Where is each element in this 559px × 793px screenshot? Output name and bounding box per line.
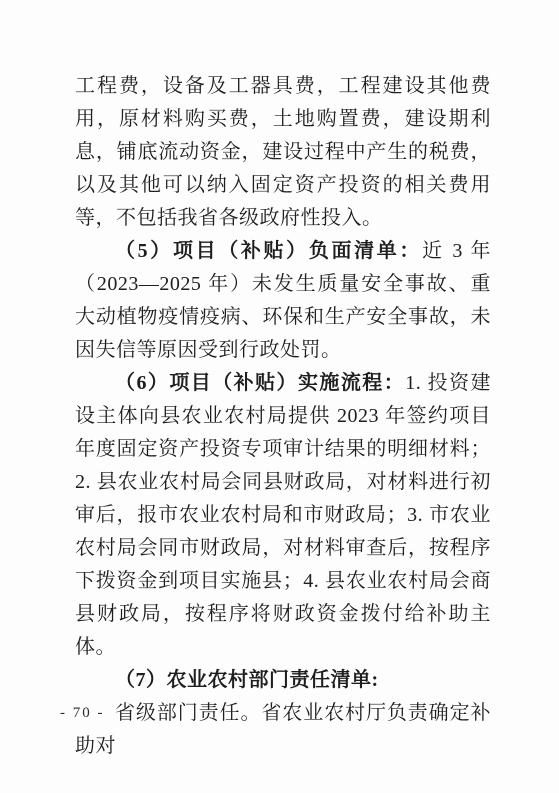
text-run: 省级部门责任。省农业农村厅负责确定补助对 — [75, 702, 491, 757]
page-number: - 70 - — [60, 705, 105, 722]
paragraph: 省级部门责任。省农业农村厅负责确定补助对 — [75, 697, 491, 763]
heading-run: （6）项目（补贴）实施流程： — [115, 372, 405, 394]
heading-run: （7）农业农村部门责任清单: — [115, 669, 379, 691]
paragraph: （6）项目（补贴）实施流程：1. 投资建设主体向县农业农村局提供 2023 年签… — [75, 367, 491, 664]
heading-run: （5）项目（补贴）负面清单： — [115, 240, 422, 262]
paragraph: （7）农业农村部门责任清单: — [75, 664, 491, 697]
paragraph: （5）项目（补贴）负面清单：近 3 年（2023—2025 年）未发生质量安全事… — [75, 235, 491, 367]
document-body: 工程费，设备及工器具费，工程建设其他费用，原材料购买费，土地购置费，建设期利息，… — [75, 70, 491, 763]
document-page: 工程费，设备及工器具费，工程建设其他费用，原材料购买费，土地购置费，建设期利息，… — [0, 0, 559, 793]
text-run: 1. 投资建设主体向县农业农村局提供 2023 年签约项目年度固定资产投资专项审… — [75, 372, 491, 658]
paragraph: 工程费，设备及工器具费，工程建设其他费用，原材料购买费，土地购置费，建设期利息，… — [75, 70, 491, 235]
text-run: 工程费，设备及工器具费，工程建设其他费用，原材料购买费，土地购置费，建设期利息，… — [75, 75, 491, 229]
